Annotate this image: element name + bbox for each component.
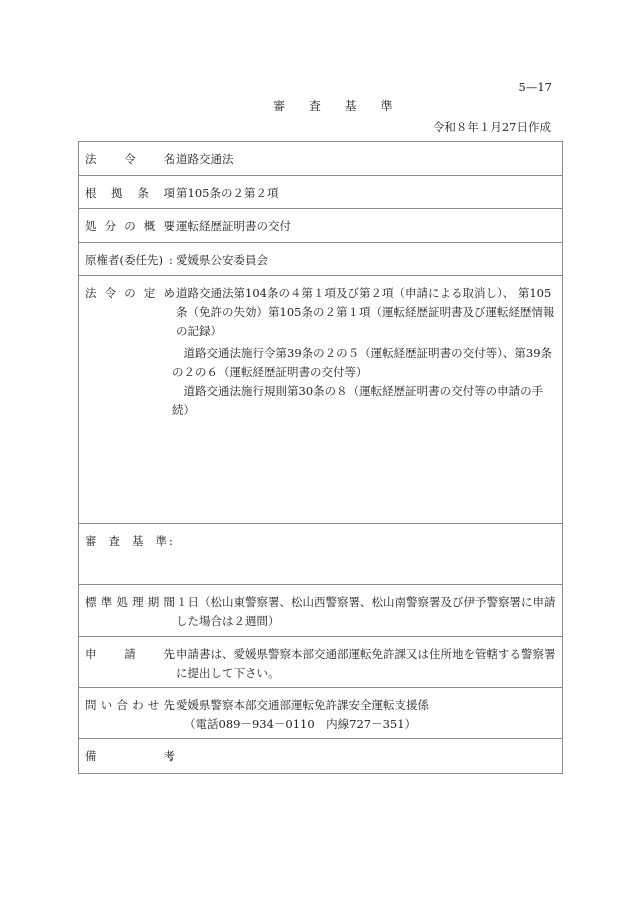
page-number: 5—17 [519,80,552,94]
label-char: 審 [85,532,97,551]
label-char: 拠 [111,184,123,203]
contact-phone: （電話089－934－0110 内線727－351） [176,715,556,734]
row-remarks: 備 考 : [79,739,562,773]
provision-enforcement-regulation: 道路交通法施行規則第30条の８（運転経歴証明書の交付等の申請の手続） [172,382,556,420]
label-char: 申 [85,645,97,664]
row-review-standard: 審 査 基 準 : [79,524,562,585]
label-char: 備 [85,747,97,766]
provision-enforcement-order: 道路交通法施行令第39条の２の５（運転経歴証明書の交付等）、第39条の２の６（運… [172,344,556,382]
label-legal-basis-clause: 根 拠 条 項 [85,184,175,203]
row-original-authority: 原権者(委任先) : 愛媛県公安委員会 [79,243,562,276]
label-char: 請 [124,645,136,664]
value-legal-basis-clause: 第105条の２第２項 [176,184,556,203]
document-title: 審 査 基 準 [273,97,402,114]
value-original-authority: 愛媛県公安委員会 [176,251,556,270]
label-char: 合 [116,696,128,715]
colon: : [169,532,173,551]
created-date: 令和８年１月27日作成 [433,119,551,135]
colon: : [169,696,173,715]
colon: : [169,150,173,169]
label-char: 標 [85,593,97,612]
colon: : [169,184,173,203]
label-char: 条 [137,184,149,203]
label-standard-processing-period: 標 準 処 理 期 間 [85,593,175,612]
label-char: 準 [101,593,113,612]
value-law-name: 道路交通法 [176,150,556,169]
label-review-standard: 審 査 基 準 [85,532,167,551]
label-char: 準 [156,532,168,551]
value-application-destination: 申請書は、愛媛県警察本部交通部運転免許課又は住所地を管轄する警察署に提出して下さ… [176,645,556,683]
label-char: 法 [85,284,97,303]
row-law-name: 法 令 名 : 道路交通法 [79,142,562,176]
label-original-authority: 原権者(委任先) [85,251,175,270]
review-standard-table: 法 令 名 : 道路交通法 根 拠 条 項 : 第105条の２第２項 処 分 の [78,141,563,774]
contact-department: 愛媛県警察本部交通部運転免許課安全運転支援係 [176,696,556,715]
label-char: 根 [85,184,97,203]
row-contact: 問 い 合 わ せ 先 : 愛媛県警察本部交通部運転免許課安全運転支援係 （電話… [79,688,562,739]
provision-road-traffic-act: 道路交通法第104条の４第１項及び第２項（申請による取消し）、 第105条（免許… [176,284,556,341]
label-char: い [101,696,113,715]
label-contact: 問 い 合 わ せ 先 [85,696,175,715]
value-contact: 愛媛県警察本部交通部運転免許課安全運転支援係 （電話089－934－0110 内… [176,696,556,734]
row-application-destination: 申 請 先 : 申請書は、愛媛県警察本部交通部運転免許課又は住所地を管轄する警察… [79,637,562,688]
row-legal-provisions: 法 令 の 定 め : 道路交通法第104条の４第１項及び第２項（申請による取消… [79,276,562,524]
label-char: 処 [116,593,128,612]
label-char: 定 [144,284,156,303]
label-char: 概 [144,217,156,236]
label-remarks: 備 考 [85,747,175,766]
label-char: 査 [109,532,121,551]
label-char: の [124,284,136,303]
label-char: せ [148,696,160,715]
row-legal-basis-clause: 根 拠 条 項 : 第105条の２第２項 [79,176,562,209]
row-disposition-summary: 処 分 の 概 要 : 運転経歴証明書の交付 [79,209,562,243]
label-legal-provisions: 法 令 の 定 め [85,284,175,303]
colon: : [169,251,173,270]
label-char: 令 [124,150,136,169]
label-char: 期 [148,593,160,612]
label-disposition-summary: 処 分 の 概 要 [85,217,175,236]
label-char: 令 [105,284,117,303]
label-char: 問 [85,696,97,715]
colon: : [169,645,173,664]
label-char: 基 [132,532,144,551]
label-char: 法 [85,150,97,169]
row-standard-processing-period: 標 準 処 理 期 間 : １日（松山東警察署、松山西警察署、松山南警察署及び伊… [79,585,562,637]
colon: : [169,593,173,612]
label-char: わ [132,696,144,715]
label-char: 理 [132,593,144,612]
value-legal-provisions: 道路交通法第104条の４第１項及び第２項（申請による取消し）、 第105条（免許… [176,284,556,420]
label-law-name: 法 令 名 [85,150,175,169]
label-char: 処 [85,217,97,236]
label-char: の [124,217,136,236]
value-standard-processing-period: １日（松山東警察署、松山西警察署、松山南警察署及び伊予警察署に申請した場合は２週… [176,593,556,631]
colon: : [169,217,173,236]
colon: : [169,747,173,766]
label-char: 分 [105,217,117,236]
label-application-destination: 申 請 先 [85,645,175,664]
label-text: 原権者(委任先) [85,251,163,270]
colon: : [169,284,173,303]
value-disposition-summary: 運転経歴証明書の交付 [176,217,556,236]
